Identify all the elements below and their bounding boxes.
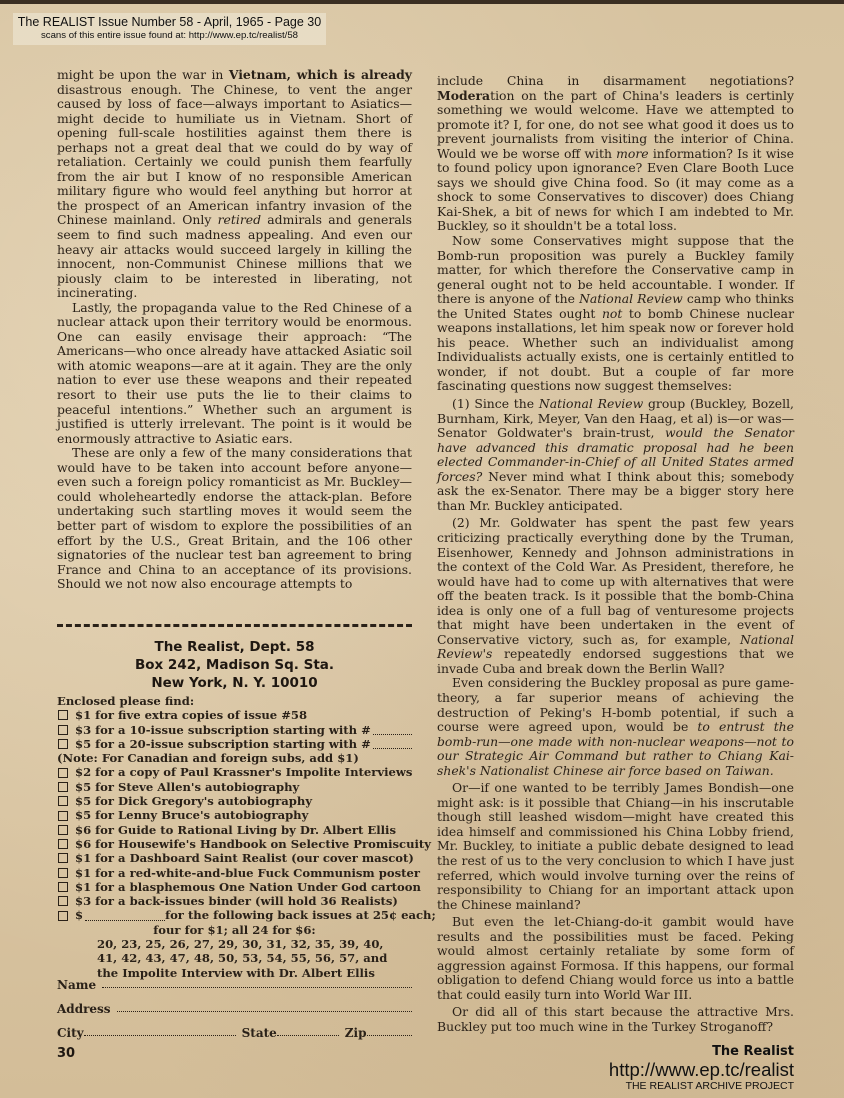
article-paragraph: include China in disarmament negotiation… <box>437 74 794 234</box>
coupon-intro: Enclosed please find: <box>57 694 412 708</box>
order-item-label: $1 for five extra copies of issue #58 <box>75 708 307 722</box>
zip-label: Zip <box>345 1026 367 1040</box>
order-item-label: $6 for Housewife's Handbook on Selective… <box>75 837 431 851</box>
article-paragraph: Lastly, the propaganda value to the Red … <box>57 301 412 446</box>
text-run: disastrous enough. The Chinese, to vent … <box>57 82 412 228</box>
order-item: $6 for Housewife's Handbook on Selective… <box>57 837 412 851</box>
page-number: 30 <box>57 1046 75 1061</box>
issue-number-blank[interactable] <box>373 739 412 749</box>
checkbox[interactable] <box>58 868 68 878</box>
order-item: $5 for Lenny Bruce's autobiography <box>57 808 412 822</box>
text-run-bold: Vietnam, which is already <box>229 67 412 82</box>
zip-field[interactable] <box>367 1034 412 1036</box>
text-run: Or did all of this start because the att… <box>437 1004 794 1034</box>
issue-number-blank[interactable] <box>373 725 412 735</box>
checkbox[interactable] <box>58 825 68 835</box>
order-item-label: $1 for a red-white-and-blue Fuck Communi… <box>75 866 420 880</box>
text-run: These are only a few of the many conside… <box>57 445 412 591</box>
magazine-brand: The Realist <box>609 1044 794 1060</box>
article-paragraph: Even considering the Buckley proposal as… <box>437 676 794 778</box>
order-item: $2 for a copy of Paul Krassner's Impolit… <box>57 765 412 779</box>
article-paragraph: Or—if one wanted to be terribly James Bo… <box>437 781 794 912</box>
checkbox[interactable] <box>58 811 68 821</box>
order-item: $6 for Guide to Rational Living by Dr. A… <box>57 823 412 837</box>
scan-title: The REALIST Issue Number 58 - April, 196… <box>13 13 326 30</box>
order-coupon: Enclosed please find: $1 for five extra … <box>57 694 412 980</box>
article-paragraph: These are only a few of the many conside… <box>57 446 412 591</box>
address-label: Address <box>57 1002 111 1016</box>
order-item-label: $3 for a 10-issue subscription starting … <box>75 723 371 737</box>
order-item-label: $5 for a 20-issue subscription starting … <box>75 737 371 751</box>
order-item: $1 for five extra copies of issue #58 <box>57 708 412 722</box>
amount-prefix: $ <box>75 908 83 922</box>
order-item: $3 for a 10-issue subscription starting … <box>57 723 412 737</box>
left-article-column: might be upon the war in Vietnam, which … <box>57 68 412 592</box>
text-run: But even the let-Chiang-do-it gambit wou… <box>437 914 794 1002</box>
order-item-label: $6 for Guide to Rational Living by Dr. A… <box>75 823 396 837</box>
checkbox[interactable] <box>58 839 68 849</box>
text-run-italic: National Review <box>579 291 683 306</box>
article-paragraph: (2) Mr. Goldwater has spent the past few… <box>437 516 794 676</box>
order-item-label: $3 for a back-issues binder (will hold 3… <box>75 894 398 908</box>
scan-info-label: The REALIST Issue Number 58 - April, 196… <box>13 13 326 45</box>
order-item: $5 for a 20-issue subscription starting … <box>57 737 412 751</box>
order-item-back-issues: $ for the following back issues at 25¢ e… <box>57 908 412 922</box>
mailing-address: The Realist, Dept. 58 Box 242, Madison S… <box>57 638 412 692</box>
text-run: (1) Since the <box>452 396 539 411</box>
name-label: Name <box>57 978 96 992</box>
state-label: State <box>242 1026 277 1040</box>
article-paragraph: Now some Conservatives might suppose tha… <box>437 234 794 394</box>
order-item-label: $5 for Steve Allen's autobiography <box>75 780 299 794</box>
address-row: Address <box>57 992 412 1016</box>
checkbox[interactable] <box>58 768 68 778</box>
back-issues-list: 20, 23, 25, 26, 27, 29, 30, 31, 32, 35, … <box>57 937 412 951</box>
article-paragraph: Or did all of this start because the att… <box>437 1005 794 1034</box>
address-line: Box 242, Madison Sq. Sta. <box>57 656 412 674</box>
order-item: $1 for a Dashboard Saint Realist (our co… <box>57 851 412 865</box>
order-item-label: $5 for Lenny Bruce's autobiography <box>75 808 308 822</box>
text-run: Or—if one wanted to be terribly James Bo… <box>437 780 794 911</box>
back-issues-list: 41, 42, 43, 47, 48, 50, 53, 54, 55, 56, … <box>57 951 412 965</box>
text-run-italic: not <box>602 306 622 321</box>
text-run: might be upon the war in <box>57 67 229 82</box>
back-issues-pricing: four for $1; all 24 for $6: <box>57 923 412 937</box>
text-run: Never mind what I think about this; some… <box>437 469 794 513</box>
customer-fields: Name Address City State Zip <box>57 968 412 1040</box>
checkbox[interactable] <box>58 796 68 806</box>
text-run: (2) Mr. Goldwater has spent the past few… <box>437 515 794 646</box>
name-row: Name <box>57 968 412 992</box>
address-field[interactable] <box>117 1010 412 1012</box>
text-run-italic: National Review <box>539 396 643 411</box>
checkbox[interactable] <box>58 725 68 735</box>
back-issues-label: for the following back issues at 25¢ eac… <box>165 908 436 922</box>
state-field[interactable] <box>277 1034 339 1036</box>
checkbox[interactable] <box>58 911 68 921</box>
order-item-label: $1 for a blasphemous One Nation Under Go… <box>75 880 421 894</box>
address-line: The Realist, Dept. 58 <box>57 638 412 656</box>
coupon-note: (Note: For Canadian and foreign subs, ad… <box>57 751 412 765</box>
archive-footer: The Realist http://www.ep.tc/realist THE… <box>609 1044 794 1093</box>
city-state-zip-row: City State Zip <box>57 1016 412 1040</box>
text-run: include China in disarmament negotiation… <box>437 73 794 88</box>
scan-source-link[interactable]: scans of this entire issue found at: htt… <box>13 30 326 42</box>
text-run-bold: Modera <box>437 88 490 103</box>
coupon-cut-line <box>57 624 412 627</box>
checkbox[interactable] <box>58 782 68 792</box>
right-article-column: include China in disarmament negotiation… <box>437 74 794 1035</box>
archive-project-label: THE REALIST ARCHIVE PROJECT <box>609 1080 794 1093</box>
text-run-italic: retired <box>218 212 261 227</box>
order-item-label: $5 for Dick Gregory's autobiography <box>75 794 312 808</box>
address-line: New York, N. Y. 10010 <box>57 674 412 692</box>
text-run-italic: more <box>616 146 648 161</box>
article-paragraph: But even the let-Chiang-do-it gambit wou… <box>437 915 794 1002</box>
scan-top-edge <box>0 0 844 4</box>
order-item: $3 for a back-issues binder (will hold 3… <box>57 894 412 908</box>
city-label: City <box>57 1026 84 1040</box>
name-field[interactable] <box>102 986 412 988</box>
archive-url-link[interactable]: http://www.ep.tc/realist <box>609 1060 794 1080</box>
order-item: $1 for a red-white-and-blue Fuck Communi… <box>57 866 412 880</box>
amount-blank[interactable] <box>85 911 165 921</box>
checkbox[interactable] <box>58 896 68 906</box>
checkbox[interactable] <box>58 710 68 720</box>
text-run: Lastly, the propaganda value to the Red … <box>57 300 412 446</box>
checkbox[interactable] <box>58 853 68 863</box>
checkbox[interactable] <box>58 882 68 892</box>
order-item-label: $1 for a Dashboard Saint Realist (our co… <box>75 851 414 865</box>
order-item: $5 for Steve Allen's autobiography <box>57 780 412 794</box>
order-item: $1 for a blasphemous One Nation Under Go… <box>57 880 412 894</box>
order-item: $5 for Dick Gregory's autobiography <box>57 794 412 808</box>
city-field[interactable] <box>84 1034 236 1036</box>
checkbox[interactable] <box>58 739 68 749</box>
article-paragraph: might be upon the war in Vietnam, which … <box>57 68 412 301</box>
order-item-label: $2 for a copy of Paul Krassner's Impolit… <box>75 765 412 779</box>
article-paragraph: (1) Since the National Review group (Buc… <box>437 397 794 513</box>
